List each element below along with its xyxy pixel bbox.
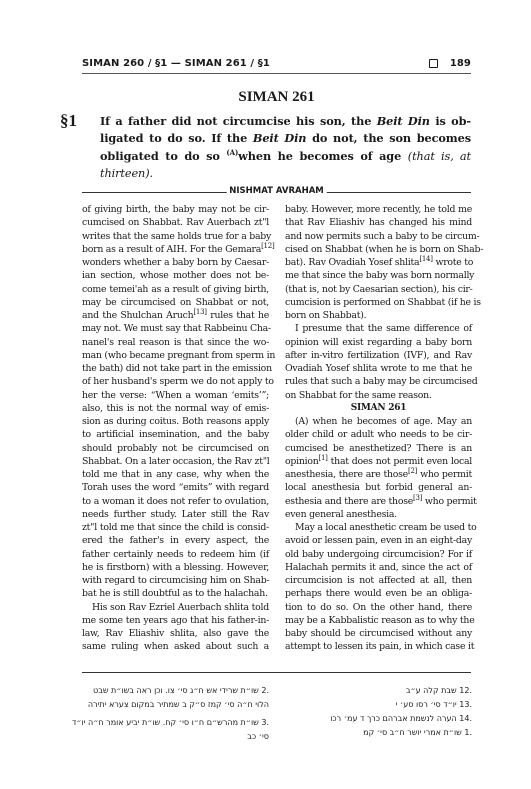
text-line: (that is, not by Caesarian section), his… bbox=[285, 283, 472, 296]
text-line: after in-vitro fertilization (IVF), and … bbox=[285, 349, 472, 362]
section-line: ligated to do so. If the Beit Din do not… bbox=[100, 130, 471, 147]
commentary-heading: NISHMAT AVRAHAM bbox=[226, 186, 327, 196]
footnote-rule bbox=[82, 672, 471, 673]
text-line: old baby undergoing circumcision? For if bbox=[285, 548, 472, 561]
text-line: May a local anesthetic cream be used to bbox=[285, 521, 472, 534]
text-line: to a woman it does not refer to ovulatio… bbox=[82, 495, 269, 508]
text-line: and the Shulchan Aruch[13] rules that he bbox=[82, 309, 269, 322]
text-line: cumcision is performed on Shabbat (if he… bbox=[285, 296, 472, 309]
text-line: nanel's real reason is that since the wo… bbox=[82, 336, 269, 349]
text-line: rules that such a baby may be circumcise… bbox=[285, 375, 472, 388]
text-line: on Shabbat for the same reason. bbox=[285, 389, 472, 402]
running-head: SIMAN 260 / §1 — SIMAN 261 / §1 189 bbox=[82, 56, 471, 72]
text-line: baby should be circumcised without any bbox=[285, 627, 472, 640]
section-line: If a father did not circumcise his son, … bbox=[100, 113, 471, 130]
text-line: her the verse: “When a woman ‘emits’”; bbox=[82, 389, 269, 402]
text-line: he is firstborn) with a blessing. Howeve… bbox=[82, 561, 269, 574]
text-line: law, Rav Eliashiv shlita, also gave the bbox=[82, 627, 269, 640]
text-line: born as a result of AIH. For the Gemara[… bbox=[82, 243, 269, 256]
footnotes-right: .12 שבת קלה ע״ב.13 יו״ד סי׳ רסו סע׳ י.14… bbox=[285, 684, 472, 740]
text-line: may be circumcised on Shabbat or not, bbox=[82, 296, 269, 309]
text-line: avoid or lessen pain, even in an eight-d… bbox=[285, 534, 472, 547]
text-line: older child or adult who needs to be cir… bbox=[285, 428, 472, 441]
text-line: bat he is still doubtful as to the halac… bbox=[82, 587, 269, 600]
header-rule bbox=[82, 73, 471, 74]
text-line: esthesia and there are those[3] who perm… bbox=[285, 495, 472, 508]
running-head-title: SIMAN 260 / §1 — SIMAN 261 / §1 bbox=[82, 58, 270, 69]
text-line: even general anesthesia. bbox=[285, 508, 472, 521]
text-line: same ruling when asked about such a bbox=[82, 640, 269, 653]
section-line: obligated to do so (A)when he becomes of… bbox=[100, 148, 471, 165]
right-column: baby. However, more recently, he told me… bbox=[285, 203, 472, 654]
text-line: Ovadiah Yosef shlita wrote to me that he bbox=[285, 362, 472, 375]
text-line: writes that the same holds true for a ba… bbox=[82, 230, 269, 243]
footnote: .14 הערה לנשמת אברהם כרך ד עמ׳ רכו bbox=[285, 712, 472, 726]
text-line: come temei'ah as a result of giving birt… bbox=[82, 283, 269, 296]
text-line: cised on Shabbat (when he is born on Sha… bbox=[285, 243, 472, 256]
text-line: His son Rav Ezriel Auerbach shlita told bbox=[82, 601, 269, 614]
footnote: .13 יו״ד סי׳ רסו סע׳ י bbox=[285, 698, 472, 712]
note-marker-a: (A) bbox=[226, 148, 238, 157]
text-line: opinion[1] that does not permit even loc… bbox=[285, 455, 472, 468]
text-line: local anesthesia but forbid general an- bbox=[285, 481, 472, 494]
footnote: .2 שו״ת שרידי אש ח״ג סי׳ צו. וכן ראה בשו… bbox=[82, 684, 269, 698]
text-line: that Rav Eliashiv has changed his mind bbox=[285, 216, 472, 229]
text-line: I presume that the same difference of bbox=[285, 322, 472, 335]
text-line: man (who became pregnant from sperm in bbox=[82, 349, 269, 362]
text-line: ered the father's in every aspect, the bbox=[82, 534, 269, 547]
text-line: cumcised be anesthetized? There is an bbox=[285, 442, 472, 455]
footnote: הלוי ח״ה סי׳ קמז ס״ק ב שמתיר במקום צערא … bbox=[82, 698, 269, 712]
subhead-siman-261: SIMAN 261 bbox=[285, 402, 472, 415]
left-column: of giving birth, the baby may not be cir… bbox=[82, 203, 269, 654]
text-line: may not. We must say that Rabbeinu Cha- bbox=[82, 322, 269, 335]
text-line: perhaps there would even be an obliga- bbox=[285, 587, 472, 600]
text-line: with regard to circumcising him on Shab- bbox=[82, 574, 269, 587]
section-line: thirteen). bbox=[100, 165, 471, 182]
text-line: cumcised on Shabbat. Rav Auerbach zt"l bbox=[82, 216, 269, 229]
text-line: wonders whether a baby born by Caesar- bbox=[82, 256, 269, 269]
text-line: sion as during coitus. Both reasons appl… bbox=[82, 415, 269, 428]
text-line: bat). Rav Ovadiah Yosef shlita[14] wrote… bbox=[285, 256, 472, 269]
footnote: סי׳ כב bbox=[82, 730, 269, 744]
text-line: Shabbat. On a later occasion, the Rav zt… bbox=[82, 455, 269, 468]
footnote: .1 שו״ת אמרי יושר ח״ב סי׳ קמ bbox=[285, 726, 472, 740]
text-line: ian section, whose mother does not be- bbox=[82, 269, 269, 282]
text-line: circumcision is not affected at all, the… bbox=[285, 574, 472, 587]
text-line: also, this is not the normal way of emis… bbox=[82, 402, 269, 415]
text-line: needs further study. Later still the Rav bbox=[82, 508, 269, 521]
text-line: to artificial insemination, and the baby bbox=[82, 428, 269, 441]
siman-title: SIMAN 261 bbox=[82, 89, 471, 106]
text-line: anesthesia, there are those[2] who permi… bbox=[285, 468, 472, 481]
text-line: father certainly needs to redeem him (if bbox=[82, 548, 269, 561]
text-line: attempt to lessen its pain, in which cas… bbox=[285, 640, 472, 653]
text-line: opinion will exist regarding a baby born bbox=[285, 336, 472, 349]
text-line: the bath) did not take part in the emiss… bbox=[82, 362, 269, 375]
footnote: .3 שו״ת מהרש״ם ח״ו סי׳ קח. שו״ת יביע אומ… bbox=[82, 716, 269, 730]
running-head-right: 189 bbox=[429, 58, 471, 69]
text-line: (A) when he becomes of age. May an bbox=[285, 415, 472, 428]
text-line: and now permits such a baby to be circum… bbox=[285, 230, 472, 243]
square-box-icon bbox=[429, 59, 438, 68]
text-line: baby. However, more recently, he told me bbox=[285, 203, 472, 216]
text-line: of giving birth, the baby may not be cir… bbox=[82, 203, 269, 216]
section-text: If a father did not circumcise his son, … bbox=[100, 113, 471, 182]
text-line: should probably not be circumcised on bbox=[82, 442, 269, 455]
text-line: me some ten years ago that his father-in… bbox=[82, 614, 269, 627]
text-line: of her husband's sperm we do not apply t… bbox=[82, 375, 269, 388]
text-line: me that since the baby was born normally bbox=[285, 269, 472, 282]
text-line: may be a Kabbalistic reason as to why th… bbox=[285, 614, 472, 627]
footnotes-left: .2 שו״ת שרידי אש ח״ג סי׳ צו. וכן ראה בשו… bbox=[82, 684, 269, 744]
footnote: .12 שבת קלה ע״ב bbox=[285, 684, 472, 698]
text-line: Halachah permits it and, since the act o… bbox=[285, 561, 472, 574]
text-line: tion to do so. On the other hand, there bbox=[285, 601, 472, 614]
page-number: 189 bbox=[450, 58, 471, 69]
commentary-divider: NISHMAT AVRAHAM bbox=[82, 186, 471, 198]
section-number: §1 bbox=[60, 111, 77, 131]
text-line: told me that in any case, why when the bbox=[82, 468, 269, 481]
text-line: zt"l told me that since the child is con… bbox=[82, 521, 269, 534]
text-line: born on Shabbat). bbox=[285, 309, 472, 322]
text-line: Torah uses the word “emits” with regard bbox=[82, 481, 269, 494]
